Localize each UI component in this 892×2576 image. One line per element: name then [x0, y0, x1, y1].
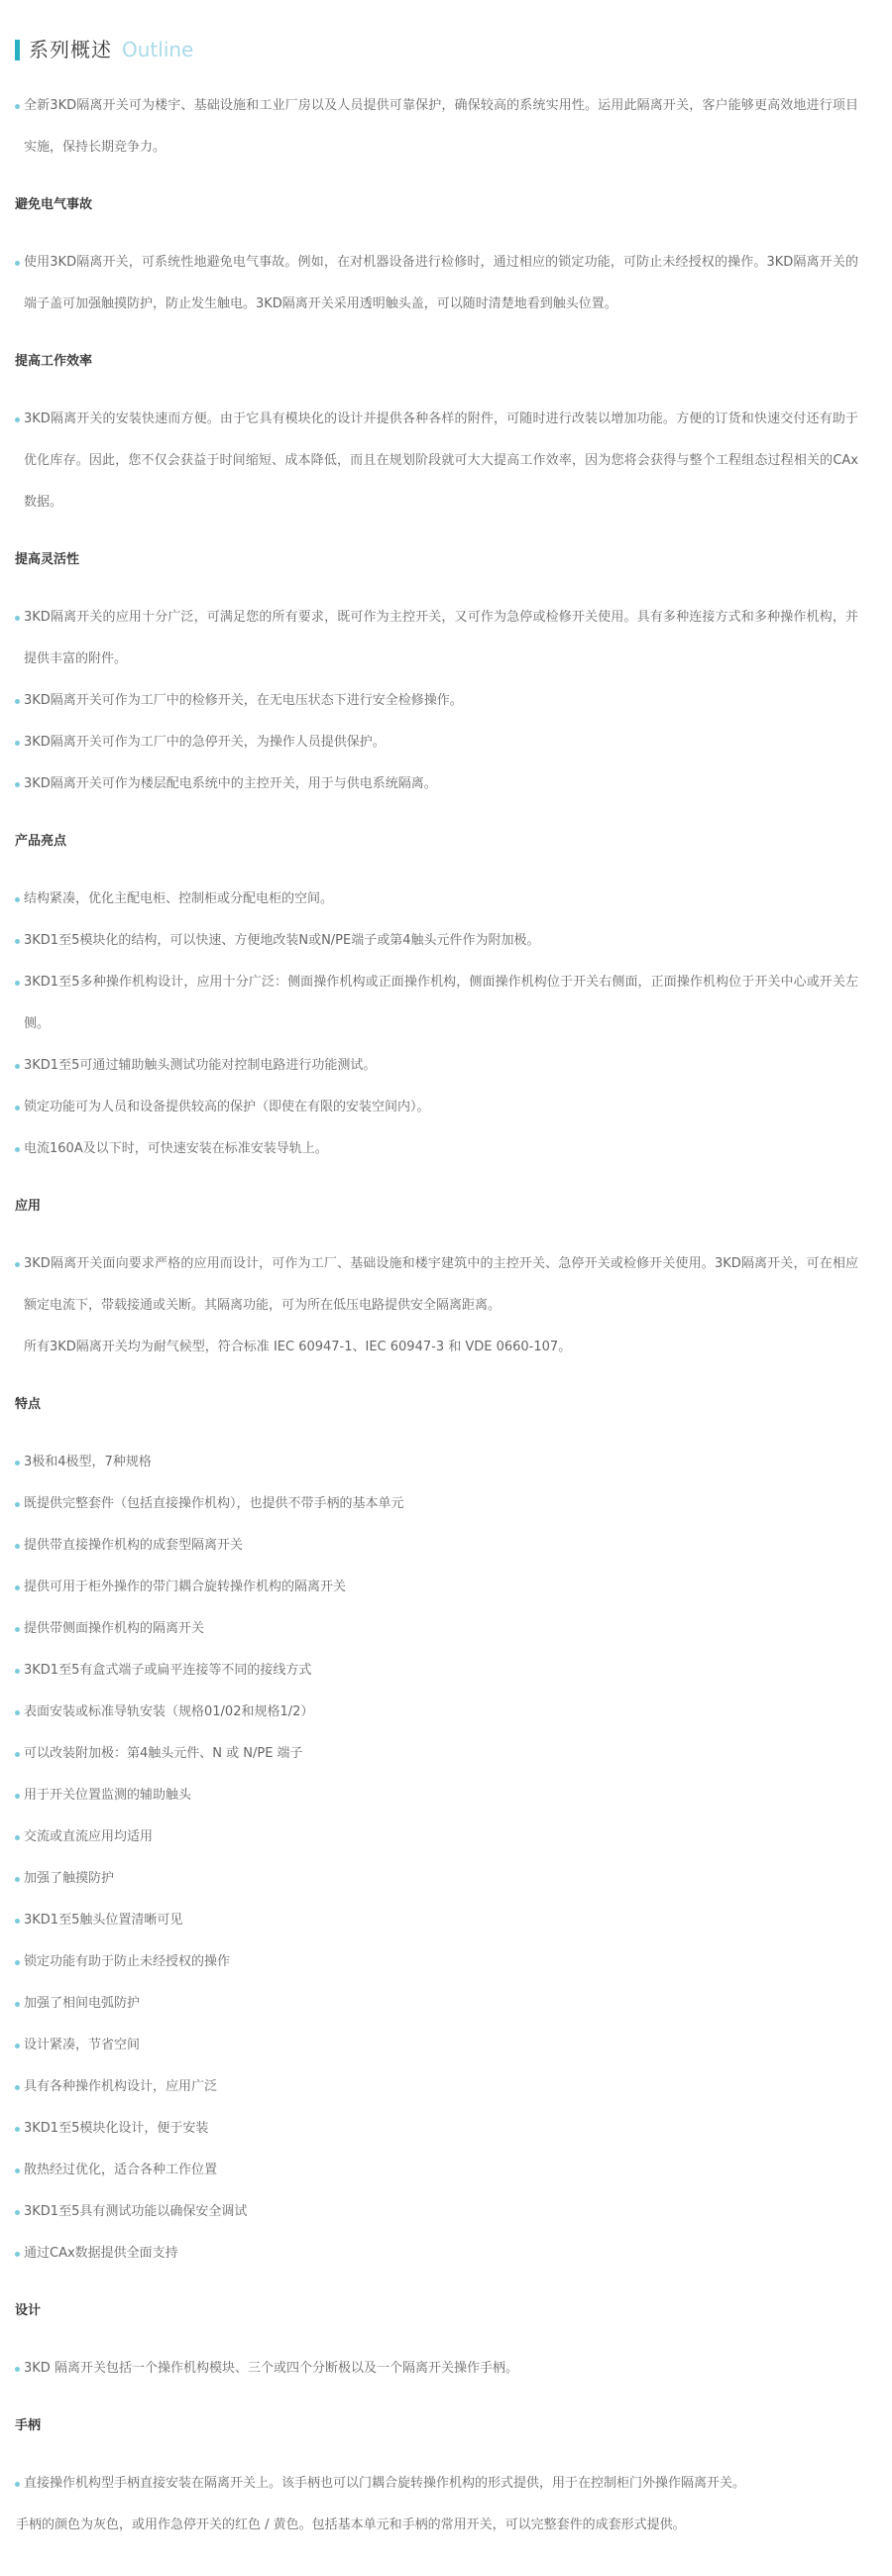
- page-title-en: Outline: [122, 36, 193, 63]
- list-item: 3KD隔离开关的安装快速而方便。由于它具有模块化的设计并提供各种各样的附件，可随…: [15, 399, 858, 524]
- section-heading-application: 应用: [15, 1186, 858, 1228]
- list-item: 用于开关位置监测的辅助触头: [15, 1775, 858, 1816]
- features-list: 3极和4极型，7种规格 既提供完整套件（包括直接操作机构），也提供不带手柄的基本…: [15, 1442, 858, 2275]
- application-text: 3KD隔离开关面向要求严格的应用而设计，可作为工厂、基础设施和楼宇建筑中的主控开…: [24, 1256, 858, 1313]
- section-heading-flexibility: 提高灵活性: [15, 539, 858, 581]
- efficiency-list: 3KD隔离开关的安装快速而方便。由于它具有模块化的设计并提供各种各样的附件，可随…: [15, 399, 858, 524]
- list-item: 加强了触摸防护: [15, 1858, 858, 1900]
- list-item: 设计紧凑，节省空间: [15, 2025, 858, 2066]
- handle-color-note: 手柄的颜色为灰色，或用作急停开关的红色 / 黄色。包括基本单元和手柄的常用开关，…: [15, 2505, 858, 2546]
- section-heading-design: 设计: [15, 2290, 858, 2332]
- list-item: 3KD1至5触头位置清晰可见: [15, 1900, 858, 1941]
- list-item: 3KD隔离开关的应用十分广泛，可满足您的所有要求，既可作为主控开关，又可作为急停…: [15, 597, 858, 680]
- list-item: 可以改装附加极：第4触头元件、N 或 N/PE 端子: [15, 1733, 858, 1775]
- section-heading-handle: 手柄: [15, 2405, 858, 2447]
- list-item: 全新3KD隔离开关可为楼宇、基础设施和工业厂房以及人员提供可靠保护，确保较高的系…: [15, 85, 858, 169]
- list-item: 交流或直流应用均适用: [15, 1816, 858, 1858]
- list-item: 3KD隔离开关可作为工厂中的检修开关，在无电压状态下进行安全检修操作。: [15, 680, 858, 722]
- list-item: 3KD1至5多种操作机构设计，应用十分广泛：侧面操作机构或正面操作机构，侧面操作…: [15, 962, 858, 1045]
- list-item: 3KD1至5可通过辅助触头测试功能对控制电路进行功能测试。: [15, 1045, 858, 1087]
- list-item: 具有各种操作机构设计，应用广泛: [15, 2066, 858, 2108]
- list-item: 结构紧凑，优化主配电柜、控制柜或分配电柜的空间。: [15, 878, 858, 920]
- list-item: 提供带直接操作机构的成套型隔离开关: [15, 1525, 858, 1567]
- list-item: 3KD1至5具有测试功能以确保安全调试: [15, 2191, 858, 2233]
- avoid-accidents-list: 使用3KD隔离开关，可系统性地避免电气事故。例如，在对机器设备进行检修时，通过相…: [15, 242, 858, 325]
- series-outline-page: 系列概述 Outline 全新3KD隔离开关可为楼宇、基础设施和工业厂房以及人员…: [0, 0, 892, 2576]
- section-heading-highlights: 产品亮点: [15, 821, 858, 863]
- list-item: 直接操作机构型手柄直接安装在隔离开关上。该手柄也可以门耦合旋转操作机构的形式提供…: [15, 2463, 858, 2505]
- list-item: 3KD1至5模块化的结构，可以快速、方便地改装N或N/PE端子或第4触头元件作为…: [15, 920, 858, 962]
- list-item: 3KD隔离开关面向要求严格的应用而设计，可作为工厂、基础设施和楼宇建筑中的主控开…: [15, 1243, 858, 1368]
- list-item: 3KD 隔离开关包括一个操作机构模块、三个或四个分断极以及一个隔离开关操作手柄。: [15, 2348, 858, 2390]
- list-item: 散热经过优化，适合各种工作位置: [15, 2150, 858, 2191]
- flexibility-list: 3KD隔离开关的应用十分广泛，可满足您的所有要求，既可作为主控开关，又可作为急停…: [15, 597, 858, 805]
- section-heading-features: 特点: [15, 1384, 858, 1426]
- page-title-zh: 系列概述: [29, 36, 112, 63]
- list-item: 3KD隔离开关可作为工厂中的急停开关，为操作人员提供保护。: [15, 722, 858, 763]
- list-item: 通过CAx数据提供全面支持: [15, 2233, 858, 2275]
- handle-list: 直接操作机构型手柄直接安装在隔离开关上。该手柄也可以门耦合旋转操作机构的形式提供…: [15, 2463, 858, 2505]
- list-item: 锁定功能有助于防止未经授权的操作: [15, 1941, 858, 1983]
- list-item: 表面安装或标准导轨安装（规格01/02和规格1/2）: [15, 1692, 858, 1733]
- page-title: 系列概述 Outline: [15, 36, 858, 63]
- list-item: 使用3KD隔离开关，可系统性地避免电气事故。例如，在对机器设备进行检修时，通过相…: [15, 242, 858, 325]
- highlights-list: 结构紧凑，优化主配电柜、控制柜或分配电柜的空间。 3KD1至5模块化的结构，可以…: [15, 878, 858, 1170]
- section-heading-avoid-accidents: 避免电气事故: [15, 184, 858, 226]
- list-item: 加强了相间电弧防护: [15, 1983, 858, 2025]
- application-list: 3KD隔离开关面向要求严格的应用而设计，可作为工厂、基础设施和楼宇建筑中的主控开…: [15, 1243, 858, 1368]
- list-item: 锁定功能可为人员和设备提供较高的保护（即使在有限的安装空间内）。: [15, 1087, 858, 1128]
- list-item: 提供带侧面操作机构的隔离开关: [15, 1608, 858, 1650]
- accent-bar: [15, 40, 20, 60]
- list-item: 提供可用于柜外操作的带门耦合旋转操作机构的隔离开关: [15, 1567, 858, 1608]
- list-item: 3KD1至5模块化设计，便于安装: [15, 2108, 858, 2150]
- design-list: 3KD 隔离开关包括一个操作机构模块、三个或四个分断极以及一个隔离开关操作手柄。: [15, 2348, 858, 2390]
- list-item: 3极和4极型，7种规格: [15, 1442, 858, 1483]
- intro-list: 全新3KD隔离开关可为楼宇、基础设施和工业厂房以及人员提供可靠保护，确保较高的系…: [15, 85, 858, 169]
- list-item: 电流160A及以下时，可快速安装在标准安装导轨上。: [15, 1128, 858, 1170]
- list-item: 3KD1至5有盒式端子或扁平连接等不同的接线方式: [15, 1650, 858, 1692]
- section-heading-efficiency: 提高工作效率: [15, 341, 858, 383]
- application-standards-note: 所有3KD隔离开关均为耐气候型，符合标准 IEC 60947-1、IEC 609…: [24, 1327, 858, 1368]
- list-item: 既提供完整套件（包括直接操作机构），也提供不带手柄的基本单元: [15, 1483, 858, 1525]
- list-item: 3KD隔离开关可作为楼层配电系统中的主控开关，用于与供电系统隔离。: [15, 763, 858, 805]
